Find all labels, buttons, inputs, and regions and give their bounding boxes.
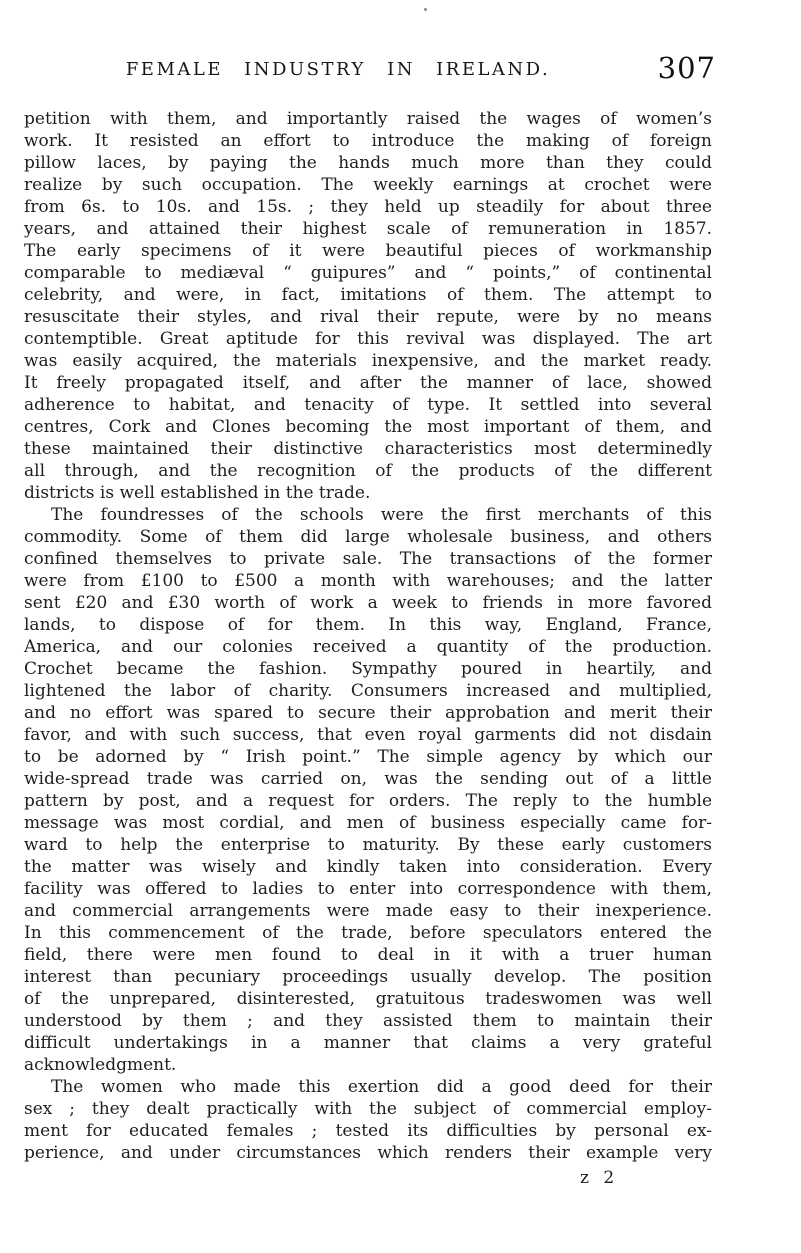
text-line: work. It resisted an effort to introduce… [24, 130, 712, 152]
text-line: resuscitate their styles, and rival thei… [24, 306, 712, 328]
text-line: confined themselves to private sale. The… [24, 548, 712, 570]
page-header: FEMALE INDUSTRY IN IRELAND. 307 [24, 55, 712, 89]
text-line: celebrity, and were, in fact, imitations… [24, 284, 712, 306]
text-line: America, and our colonies received a qua… [24, 636, 712, 658]
text-line: favor, and with such success, that even … [24, 724, 712, 746]
running-title: FEMALE INDUSTRY IN IRELAND. [24, 55, 712, 85]
scanned-book-page: FEMALE INDUSTRY IN IRELAND. 307 petition… [0, 0, 801, 1253]
text-line: difficult undertakings in a manner that … [24, 1032, 712, 1054]
scan-artifact-speck [424, 8, 427, 11]
text-line: of the unprepared, disinterested, gratui… [24, 988, 712, 1010]
text-line: from 6s. to 10s. and 15s. ; they held up… [24, 196, 712, 218]
text-line: field, there were men found to deal in i… [24, 944, 712, 966]
text-line: It freely propagated itself, and after t… [24, 372, 712, 394]
text-line: pattern by post, and a request for order… [24, 790, 712, 812]
text-line: petition with them, and importantly rais… [24, 108, 712, 130]
text-line: understood by them ; and they assisted t… [24, 1010, 712, 1032]
text-line: the matter was wisely and kindly taken i… [24, 856, 712, 878]
text-line: facility was offered to ladies to enter … [24, 878, 712, 900]
text-line: these maintained their distinctive chara… [24, 438, 712, 460]
text-line: districts is well established in the tra… [24, 482, 712, 504]
page-number: 307 [658, 51, 716, 85]
text-line: all through, and the recognition of the … [24, 460, 712, 482]
text-line: wide-spread trade was carried on, was th… [24, 768, 712, 790]
text-line: The women who made this exertion did a g… [24, 1076, 712, 1098]
text-line: message was most cordial, and men of bus… [24, 812, 712, 834]
text-line: Crochet became the fashion. Sympathy pou… [24, 658, 712, 680]
text-line: acknowledgment. [24, 1054, 712, 1076]
text-line: The foundresses of the schools were the … [24, 504, 712, 526]
text-line: was easily acquired, the materials inexp… [24, 350, 712, 372]
body-text: petition with them, and importantly rais… [24, 108, 712, 1164]
text-line: centres, Cork and Clones becoming the mo… [24, 416, 712, 438]
text-line: pillow laces, by paying the hands much m… [24, 152, 712, 174]
text-line: contemptible. Great aptitude for this re… [24, 328, 712, 350]
text-line: to be adorned by “ Irish point.” The sim… [24, 746, 712, 768]
text-line: sent £20 and £30 worth of work a week to… [24, 592, 712, 614]
text-line: commodity. Some of them did large wholes… [24, 526, 712, 548]
text-line: The early specimens of it were beautiful… [24, 240, 712, 262]
page-content: FEMALE INDUSTRY IN IRELAND. 307 petition… [24, 55, 712, 1189]
text-line: interest than pecuniary proceedings usua… [24, 966, 712, 988]
text-line: ment for educated females ; tested its d… [24, 1120, 712, 1142]
signature-mark: z 2 [24, 1167, 712, 1189]
text-line: In this commencement of the trade, befor… [24, 922, 712, 944]
text-line: lands, to dispose of for them. In this w… [24, 614, 712, 636]
text-line: adherence to habitat, and tenacity of ty… [24, 394, 712, 416]
text-line: ward to help the enterprise to maturity.… [24, 834, 712, 856]
text-line: were from £100 to £500 a month with ware… [24, 570, 712, 592]
text-line: lightened the labor of charity. Consumer… [24, 680, 712, 702]
text-line: sex ; they dealt practically with the su… [24, 1098, 712, 1120]
text-line: years, and attained their highest scale … [24, 218, 712, 240]
text-line: perience, and under circumstances which … [24, 1142, 712, 1164]
text-line: realize by such occupation. The weekly e… [24, 174, 712, 196]
text-line: comparable to mediæval “ guipures” and “… [24, 262, 712, 284]
text-line: and commercial arrangements were made ea… [24, 900, 712, 922]
text-line: and no effort was spared to secure their… [24, 702, 712, 724]
